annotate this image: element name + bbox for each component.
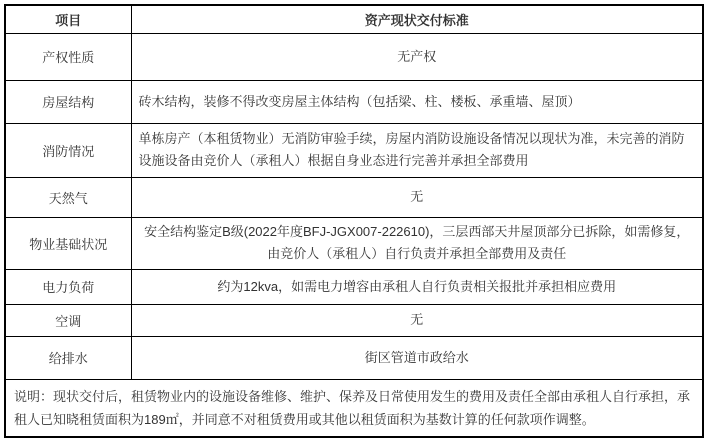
row-label-power-load: 电力负荷 <box>5 269 131 304</box>
row-label-air-conditioning: 空调 <box>5 304 131 336</box>
row-value-power-load: 约为12kva，如需电力增容由承租人自行负责相关报批并承担相应费用 <box>131 269 703 304</box>
table-row-building-structure: 房屋结构 砖木结构，装修不得改变房屋主体结构（包括梁、柱、楼板、承重墙、屋顶） <box>5 80 703 123</box>
table-row-water-supply: 给排水 街区管道市政给水 <box>5 336 703 379</box>
row-label-building-structure: 房屋结构 <box>5 80 131 123</box>
table-row-power-load: 电力负荷 约为12kva，如需电力增容由承租人自行负责相关报批并承担相应费用 <box>5 269 703 304</box>
table-header-row: 项目 资产现状交付标准 <box>5 5 703 33</box>
header-standard-column: 资产现状交付标准 <box>131 5 703 33</box>
table-row-natural-gas: 天然气 无 <box>5 177 703 217</box>
row-label-natural-gas: 天然气 <box>5 177 131 217</box>
row-value-building-structure: 砖木结构，装修不得改变房屋主体结构（包括梁、柱、楼板、承重墙、屋顶） <box>131 80 703 123</box>
table-note-row: 说明：现状交付后，租赁物业内的设施设备维修、维护、保养及日常使用发生的费用及责任… <box>5 379 703 437</box>
document-page: 项目 资产现状交付标准 产权性质 无产权 房屋结构 砖木结构，装修不得改变房屋主… <box>0 0 706 438</box>
delivery-note-text: 说明：现状交付后，租赁物业内的设施设备维修、维护、保养及日常使用发生的费用及责任… <box>5 379 703 437</box>
row-value-property-rights: 无产权 <box>131 33 703 80</box>
row-value-fire-safety: 单栋房产（本租赁物业）无消防审验手续，房屋内消防设施设备情况以现状为准，未完善的… <box>131 123 703 177</box>
table-row-air-conditioning: 空调 无 <box>5 304 703 336</box>
asset-delivery-standard-table: 项目 资产现状交付标准 产权性质 无产权 房屋结构 砖木结构，装修不得改变房屋主… <box>4 4 704 438</box>
table-row-fire-safety: 消防情况 单栋房产（本租赁物业）无消防审验手续，房屋内消防设施设备情况以现状为准… <box>5 123 703 177</box>
row-label-property-condition: 物业基础状况 <box>5 217 131 269</box>
row-label-water-supply: 给排水 <box>5 336 131 379</box>
row-value-property-condition: 安全结构鉴定B级(2022年度BFJ-JGX007-222610)，三层西部天井… <box>131 217 703 269</box>
row-label-property-rights: 产权性质 <box>5 33 131 80</box>
row-value-water-supply: 街区管道市政给水 <box>131 336 703 379</box>
table-row-property-condition: 物业基础状况 安全结构鉴定B级(2022年度BFJ-JGX007-222610)… <box>5 217 703 269</box>
row-label-fire-safety: 消防情况 <box>5 123 131 177</box>
header-item-column: 项目 <box>5 5 131 33</box>
table-row-property-rights: 产权性质 无产权 <box>5 33 703 80</box>
row-value-natural-gas: 无 <box>131 177 703 217</box>
row-value-air-conditioning: 无 <box>131 304 703 336</box>
